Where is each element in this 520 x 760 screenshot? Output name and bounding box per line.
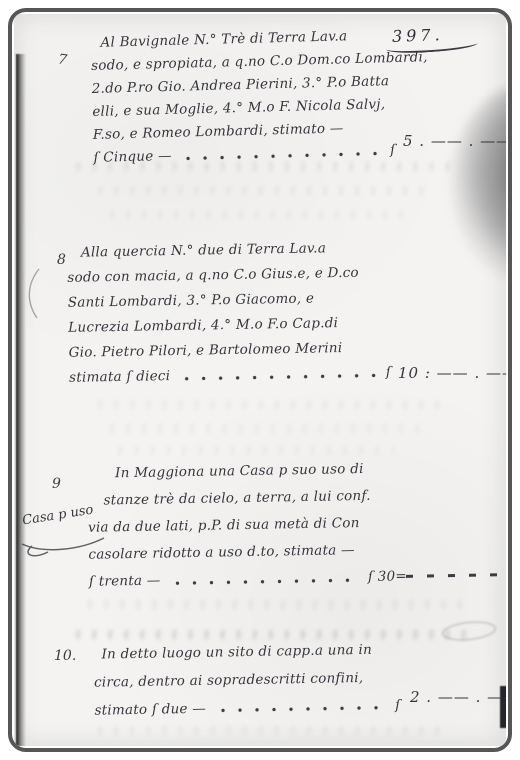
entry-total-line: stimata ſ dieci ſ [69, 360, 391, 391]
dotted-leader [214, 704, 387, 715]
screenshot-stage: 397. 7 Al Bavignale N.° Trè di Terra Lav… [0, 0, 520, 760]
trailing-dashes [406, 573, 506, 578]
entry-8-value: 10 : —— . —— [398, 364, 506, 382]
total-prefix: ſ Cinque — [93, 145, 172, 170]
dotted-leader [178, 371, 378, 382]
entry-7-text: Al Bavignale N.° Trè di Terra Lav.a sodo… [90, 24, 396, 170]
entry-8-text: Alla quercia N.° due di Terra Lav.a sodo… [67, 235, 392, 391]
margin-note-casa: Casa p uso [21, 502, 94, 528]
book-gutter-shadow [16, 54, 26, 746]
entry-10-value: 2 . —— . —— [410, 688, 506, 706]
currency-mark: ſ [390, 139, 396, 162]
dotted-leader [169, 576, 360, 587]
dotted-leader [180, 149, 383, 162]
entry-line: circa, dentro ai sopradescritti confini, [94, 663, 400, 696]
currency-mark: ſ [386, 360, 392, 385]
bleedthrough-flourish [441, 619, 497, 643]
entry-total-line: stimato ſ due — ſ [94, 691, 400, 724]
ink-blot-stain [452, 86, 506, 281]
total-amount: ſ 30= [368, 563, 407, 591]
bleedthrough-line [114, 446, 394, 455]
bleedthrough-line [84, 600, 464, 609]
entry-number-8: 8 [57, 252, 66, 268]
manuscript-scan: 397. 7 Al Bavignale N.° Trè di Terra Lav… [14, 14, 506, 746]
total-prefix: stimata ſ dieci [69, 364, 171, 391]
bleedthrough-line [94, 186, 434, 195]
entry-9-text: In Maggiona una Casa p suo uso di stanze… [87, 455, 407, 596]
currency-mark: ſ [395, 691, 401, 719]
margin-ink-mark [24, 266, 44, 322]
bleedthrough-line [94, 726, 444, 735]
entry-10-text: In detto luogo un sito di capp.a una in … [93, 635, 400, 724]
entry-line: stanze trè da cielo, a terra, a lui conf… [103, 482, 405, 514]
entry-7-value: 5 . —— . —— [403, 132, 506, 150]
bleedthrough-line [106, 424, 426, 433]
total-prefix: stimato ſ due — [94, 695, 206, 725]
entry-line: via da due lati, p.P. di sua metà di Con [88, 509, 406, 542]
total-prefix: ſ trenta — [89, 568, 161, 596]
entry-total-line: ſ trenta — ſ 30= [89, 563, 407, 596]
bleedthrough-line [106, 210, 406, 219]
bleedthrough-line [94, 400, 444, 409]
entry-number-9: 9 [52, 476, 61, 492]
entry-number-7: 7 [57, 51, 68, 68]
entry-number-10: 10. [54, 648, 76, 664]
